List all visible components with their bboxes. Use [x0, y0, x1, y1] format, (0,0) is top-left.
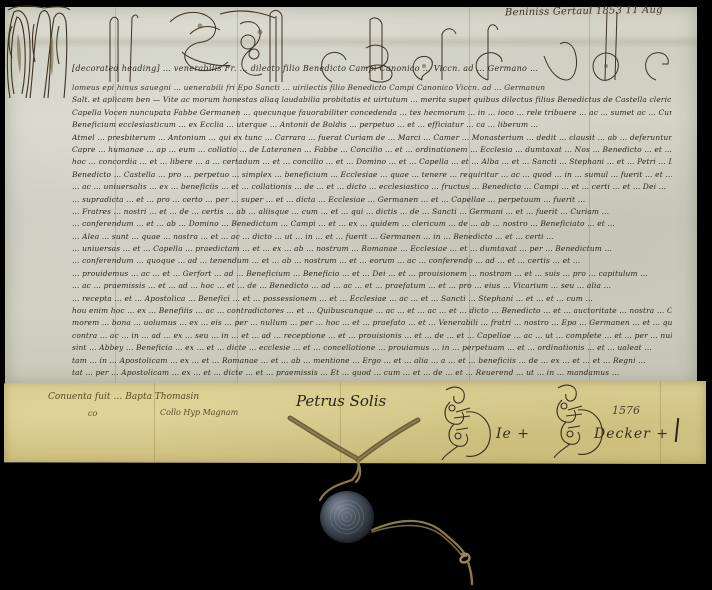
heading-line: [decorated heading] … venerabilis Fr. … …: [72, 64, 687, 73]
ornamental-initial-icon: [4, 4, 72, 104]
fold-line: [660, 381, 661, 464]
text-line: Capella Vocen nuncupata Fabbe Germanen ……: [72, 107, 672, 119]
text-line: … conferendum … et … ab … Domino … Bened…: [72, 218, 672, 230]
text-line: lomeus epi hinus sauegni … uenerabili fr…: [72, 82, 672, 94]
text-line: … Alea … sunt … quae … nostra … et … ac …: [72, 231, 672, 243]
document-body: lomeus epi hinus sauegni … uenerabili fr…: [72, 82, 684, 378]
flourish-text: Ie +: [496, 426, 530, 442]
chancery-note-small: co: [88, 409, 97, 418]
signature: Petrus Solis: [296, 392, 386, 410]
text-line: Beneficium ecclesiasticum … ex Ecclia … …: [72, 119, 672, 131]
text-line: tat … per … Apostolicam … ex … et … dict…: [72, 367, 672, 378]
text-line: contra … ac … in … ad … ex … seu … in … …: [72, 330, 672, 342]
date-year: 1576: [612, 404, 640, 417]
chancery-note: Conuenta fuit … Bapta Thomasin: [48, 392, 199, 402]
chancery-note: Collo Hyp Magnam: [160, 408, 238, 417]
text-line: … supradicta … et … pro … certo … per … …: [72, 194, 672, 206]
lead-seal-icon: [320, 491, 374, 543]
text-line: morem … bona … uolumus … ex … eis … per …: [72, 317, 672, 329]
flourish-initial-icon: [546, 382, 608, 462]
flourish-text: Decker +: [594, 426, 669, 442]
text-line: … ac … uniuersalis … ex … beneficiis … e…: [72, 181, 672, 193]
text-line: … recepta … et … Apostolica … Benefici ……: [72, 293, 672, 305]
text-line: hou enim hoc … ex … Benefiiis … ac … con…: [72, 305, 672, 317]
text-line: … prouidemus … ac … et … Gerfort … ad … …: [72, 268, 672, 280]
text-line: hoc … concordia … et … libere … a … cert…: [72, 156, 672, 168]
text-line: Salt. et aplicam ben — Vite ac morum hon…: [72, 94, 672, 106]
text-line: … uniuersas … et … Capella … praedictam …: [72, 243, 672, 255]
text-line: Atmel … presbiterum … Antonium … qui ex …: [72, 132, 672, 144]
text-line: tam … in … Apostolicam … ex … et … Roman…: [72, 355, 672, 367]
text-line: … Fratres … nostri … et … de … certis … …: [72, 206, 672, 218]
text-line: sint … Abbey … Beneficia … ex … et … dic…: [72, 342, 672, 354]
text-line: Benedicto … Castella … pro … perpetuo … …: [72, 169, 672, 181]
text-line: … conferendum … quoque … ad … tenendum ……: [72, 255, 672, 267]
text-line: Capre … humanae … ap … eum … collatio … …: [72, 144, 672, 156]
text-line: … ac … praemissis … et … ad … hoc … et ……: [72, 280, 672, 292]
flourish-initial-icon: [436, 382, 498, 462]
